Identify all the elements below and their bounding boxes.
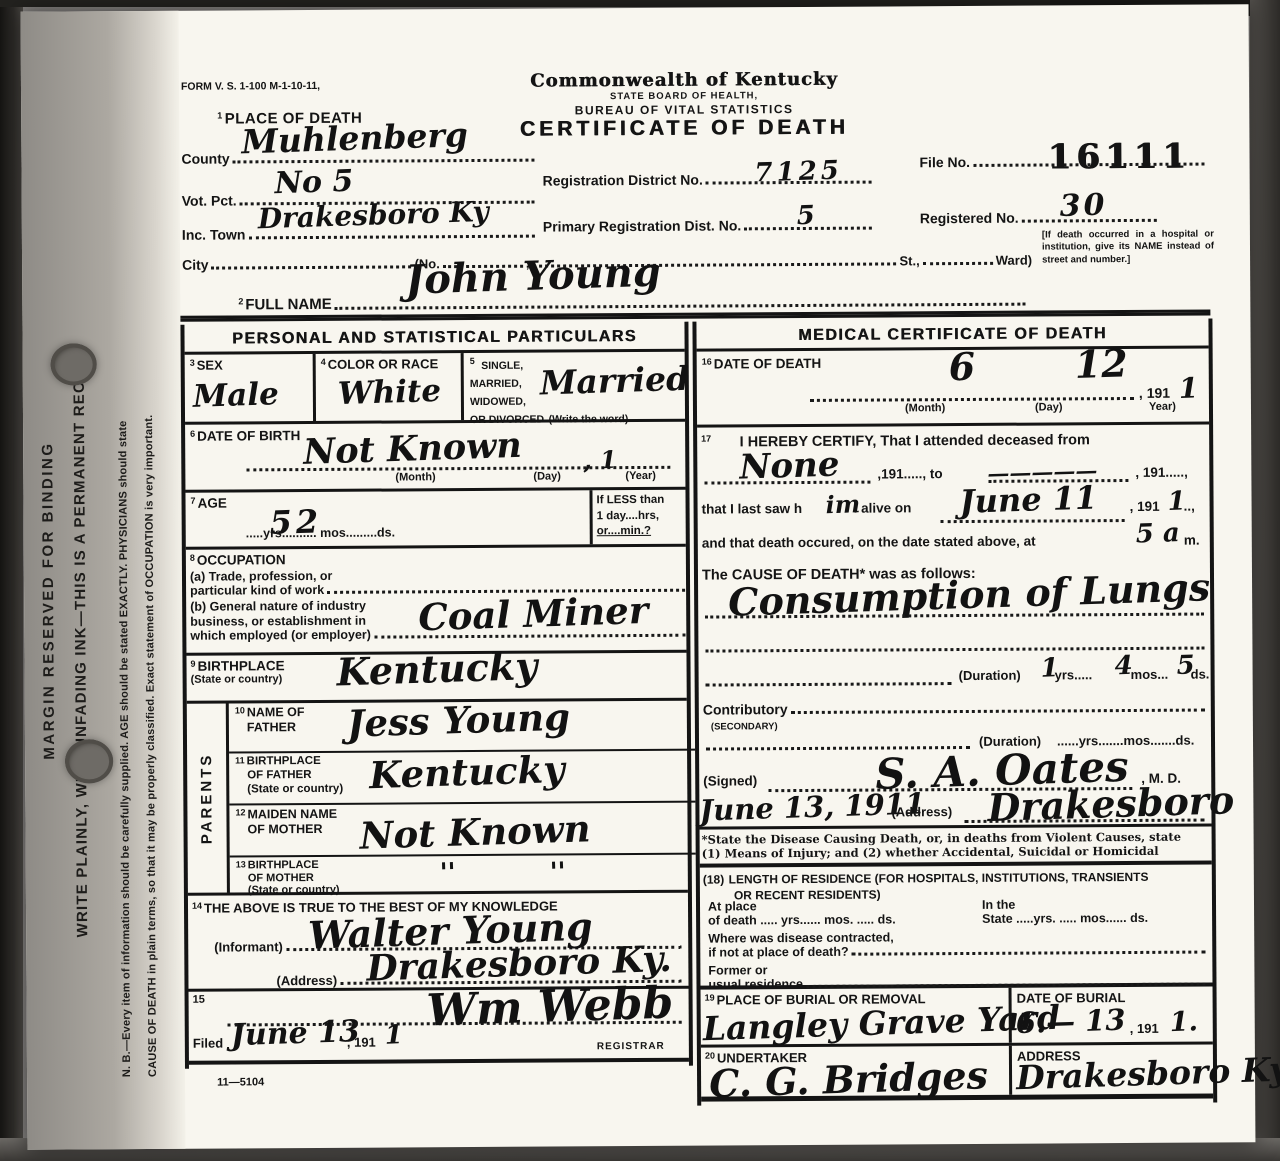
age-less-line3: or....min.? [597, 525, 651, 537]
primary-registration-field: Primary Registration Dist. No. [543, 217, 875, 235]
residence-label-line2: OR RECENT RESIDENTS) [700, 886, 1212, 903]
residence-at-place-line1: At place [708, 899, 757, 913]
filed-block: 15 Filed June 13 , 191 1 Wm Webb REGISTR… [189, 989, 689, 1065]
form-number: FORM V. S. 1-100 M-1-10-11, [181, 80, 320, 93]
certify-line2a: that I last saw h [702, 501, 803, 517]
certify-dots2: .., [1184, 499, 1195, 514]
birthplace-label: BIRTHPLACE [198, 658, 285, 674]
form-footer-code: 11—5104 [217, 1076, 264, 1088]
dotted-line [791, 707, 1205, 715]
street-label: St., [899, 253, 919, 268]
contributory-secondary-label: (SECONDARY) [711, 721, 778, 732]
signed-address-handwriting: Drakesboro [987, 781, 1235, 827]
county-value-handwriting: Muhlenberg [241, 118, 469, 158]
medical-certificate-column: MEDICAL CERTIFICATE OF DEATH 16DATE OF D… [692, 318, 1217, 1105]
dob-month-sublabel: (Month) [395, 471, 435, 483]
occupation-value-handwriting: Coal Miner [418, 592, 649, 636]
father-bp-label-line2: OF FATHER [235, 769, 311, 781]
father-name-row: 10NAME OFFATHER Jess Young [229, 701, 695, 754]
dotted-line [941, 517, 1125, 523]
informant-item-number: 14 [192, 901, 202, 911]
dod-dotted-line [807, 395, 1137, 405]
full-name-value-handwriting: John Young [405, 253, 662, 301]
age-row: 7AGE 52 .....yrs.......... mos.........d… [185, 490, 685, 550]
undertaker-item-number: 20 [705, 1051, 715, 1061]
occupation-a-line2: particular kind of work [190, 583, 324, 598]
burial-year-printed: , 191 [1130, 1021, 1159, 1036]
marital-label-line3: WIDOWED, [470, 396, 526, 408]
dob-day-sublabel: (Day) [533, 470, 561, 482]
burial-place-handwriting: Langley Grave Yard [702, 1001, 1060, 1046]
sex-item-number: 3 [190, 358, 195, 368]
county-label: County [181, 150, 229, 166]
dob-label: DATE OF BIRTH [197, 428, 300, 444]
occupation-b-line3: which employed (or employer) [190, 628, 371, 643]
occupation-row: 8OCCUPATION (a) Trade, profession, or pa… [186, 547, 687, 656]
last-seen-date-handwriting: June 11 [959, 481, 1098, 517]
father-label-line2: FATHER [235, 720, 296, 734]
dod-day-handwriting: 12 [1074, 344, 1128, 384]
medical-certificate-title: MEDICAL CERTIFICATE OF DEATH [696, 319, 1208, 346]
cause-footnote-block: *State the Disease Causing Death, or, in… [700, 827, 1212, 868]
certify-line2b: . alive on [854, 500, 912, 515]
registration-district-label: Registration District No. [543, 172, 703, 189]
burial-row: 19PLACE OF BURIAL OR REMOVAL Langley Gra… [701, 986, 1213, 1047]
date-of-death-row: 16DATE OF DEATH 6 12 , 191 1 (Month) (Da… [697, 349, 1209, 428]
father-birthplace-handwriting: Kentucky [369, 751, 566, 794]
dotted-line [923, 260, 993, 265]
certify-block: 17 I HEREBY CERTIFY, That I attended dec… [697, 425, 1210, 564]
birthplace-row: 9BIRTHPLACE (State or country) Kentucky [186, 653, 686, 704]
attended-from-handwriting: None [739, 447, 840, 484]
certify-191a: ,191....., to [877, 466, 942, 481]
margin-nb-note-line2: CAUSE OF DEATH in plain terms, so that i… [143, 415, 159, 1077]
mother-item-number: 12 [235, 807, 245, 817]
dod-item-number: 16 [702, 357, 712, 367]
dod-label: DATE OF DEATH [714, 356, 822, 372]
residence-at-place-line2: of death ..... yrs...... mos. ..... ds. [708, 912, 896, 927]
primary-registration-value-handwriting: 5 [796, 203, 815, 230]
contributory-label: Contributory [703, 701, 788, 718]
informant-address-label: (Address) [276, 973, 337, 988]
burial-item-number: 19 [705, 993, 715, 1003]
certify-191c: , 191 [1130, 499, 1160, 514]
margin-write-plainly-note: WRITE PLAINLY, WITH UNFADING INK—THIS IS… [71, 344, 92, 937]
registered-number-label: Registered No. [920, 210, 1019, 227]
age-label: AGE [198, 496, 227, 511]
undertaker-address-cell: ADDRESS Drakesboro Ky [1009, 1044, 1221, 1094]
file-number-value: 16111 [1047, 137, 1191, 178]
residence-where-line2: if not at place of death? [708, 945, 848, 960]
dotted-line [810, 395, 1134, 402]
length-of-residence-block: (18) LENGTH OF RESIDENCE (FOR HOSPITALS,… [700, 865, 1213, 990]
file-number-label: File No. [919, 154, 970, 170]
age-less-line2: 1 day....hrs, [597, 509, 660, 521]
certify-m-label: m. [1184, 533, 1200, 548]
personal-particulars-column: PERSONAL AND STATISTICAL PARTICULARS 3SE… [180, 322, 693, 1069]
father-item-number: 10 [235, 705, 245, 715]
dob-value-handwriting: Not Known [303, 428, 523, 470]
personal-particulars-title: PERSONAL AND STATISTICAL PARTICULARS [184, 322, 684, 349]
marital-item-number: 5 [470, 356, 475, 366]
registered-number-value-handwriting: 30 [1059, 191, 1108, 223]
punch-hole-bottom [65, 739, 113, 783]
voting-precinct-value-handwriting: No 5 [274, 167, 354, 200]
certify-line3: and that death occured, on the date stat… [702, 534, 1036, 551]
signed-label: (Signed) [703, 773, 757, 788]
marital-label-line2: MARRIED, [470, 378, 522, 390]
duration-years-label: yrs..... [1055, 667, 1093, 682]
hospital-instruction-note: [If death occurred in a hospital or inst… [1042, 228, 1214, 266]
certificate-paper: MARGIN RESERVED FOR BINDING WRITE PLAINL… [21, 4, 1256, 1149]
signed-date-address-row: June 13, 1911 (Address) Drakesboro [699, 795, 1211, 830]
mother-bp-ditto1-handwriting: '' [439, 860, 456, 887]
father-bp-label-line1: BIRTHPLACE [247, 755, 321, 767]
inc-town-label: Inc. Town [182, 226, 246, 242]
certify-item-number: 17 [701, 434, 711, 444]
cause-line3 [703, 680, 955, 690]
parents-vertical-label: PARENTS [187, 704, 230, 893]
mother-bp-label-line1: BIRTHPLACE [248, 859, 319, 871]
sex-race-marital-row: 3SEX Male 4COLOR OR RACE White 5 SINGLE,… [185, 352, 685, 425]
certificate-title: CERTIFICATE OF DEATH [469, 115, 899, 142]
mother-label-line2: OF MOTHER [235, 822, 322, 837]
father-birthplace-row: 11BIRTHPLACEOF FATHER(State or country) … [229, 751, 695, 806]
dob-year-sublabel: (Year) [625, 470, 656, 482]
masthead: Commonwealth of Kentucky STATE BOARD OF … [469, 68, 899, 142]
dod-month-handwriting: 6 [948, 348, 976, 387]
race-cell: 4COLOR OR RACE White [313, 353, 461, 421]
personal-particulars-header: PERSONAL AND STATISTICAL PARTICULARS [184, 322, 684, 355]
sex-label: SEX [197, 358, 223, 373]
age-less-than-day-cell: If LESS than 1 day....hrs, or....min.? [589, 490, 693, 545]
residence-label-line1: LENGTH OF RESIDENCE (FOR HOSPITALS, INST… [729, 870, 1149, 887]
footnote-line2: (1) Means of Injury; and (2) whether Acc… [700, 844, 1212, 861]
parents-fields: 10NAME OFFATHER Jess Young 11BIRTHPLACEO… [229, 701, 696, 893]
father-label-line1: NAME OF [247, 705, 305, 719]
mother-bp-label-line2: OF MOTHER [236, 872, 314, 884]
race-value-handwriting: White [337, 376, 441, 410]
dod-year-sublabel: Year) [1149, 401, 1176, 413]
full-name-item-number: 2 [238, 296, 243, 306]
mother-name-handwriting: Not Known [359, 810, 591, 854]
full-name-label: FULL NAME [245, 296, 331, 314]
residence-in-the-line1: In the [982, 898, 1015, 912]
residence-item-number: (18) [703, 872, 724, 886]
scanned-death-certificate: MARGIN RESERVED FOR BINDING WRITE PLAINL… [0, 0, 1280, 1161]
father-name-handwriting: Jess Young [346, 699, 570, 743]
parents-block: PARENTS 10NAME OFFATHER Jess Young 11BIR… [187, 701, 688, 896]
inc-town-value-handwriting: Drakesboro Ky [257, 198, 489, 233]
last-seen-line [938, 517, 1128, 526]
cause-of-death-block: The CAUSE OF DEATH* was as follows: Cons… [698, 561, 1211, 698]
burial-year-handwriting: 1. [1169, 1008, 1198, 1036]
margin-nb-note-line1: N. B.—Every item of information should b… [117, 420, 133, 1077]
informant-block: 14THE ABOVE IS TRUE TO THE BEST OF MY KN… [188, 893, 689, 992]
death-time-handwriting: 5 a [1135, 520, 1180, 547]
marital-status-cell: 5 SINGLE, MARRIED, WIDOWED, OR DIVORCED … [461, 352, 693, 420]
mother-bp-ditto2-handwriting: '' [549, 859, 566, 886]
dob-item-number: 6 [190, 429, 195, 439]
scan-edge-left [0, 0, 23, 1161]
birthplace-value-handwriting: Kentucky [336, 647, 538, 691]
date-of-birth-row: 6DATE OF BIRTH Not Known , 1 (Month) (Da… [185, 422, 685, 493]
burial-date-cell: DATE OF BURIAL 6.— 13 , 191 1. [1009, 986, 1221, 1042]
race-item-number: 4 [321, 357, 326, 367]
mother-birthplace-row: 13BIRTHPLACEOF MOTHER(State or country) … [230, 855, 696, 896]
father-bp-item-number: 11 [235, 755, 245, 765]
contributory-field: Contributory [703, 699, 1208, 718]
undertaker-address-handwriting: Drakesboro Ky [1016, 1052, 1280, 1094]
age-less-line1: If LESS than [596, 494, 664, 506]
marital-label-line1: SINGLE, [481, 360, 523, 372]
registered-number-field: Registered No. [920, 209, 1160, 226]
race-label: COLOR OR RACE [328, 356, 439, 372]
certificate-body: FORM V. S. 1-100 M-1-10-11, Commonwealth… [179, 5, 1216, 1157]
burial-place-cell: 19PLACE OF BURIAL OR REMOVAL Langley Gra… [701, 988, 1009, 1045]
mother-name-row: 12MAIDEN NAMEOF MOTHER Not Known [229, 803, 695, 858]
registration-district-value-handwriting: 7125 [754, 158, 843, 187]
father-bp-sublabel: (State or country) [235, 782, 343, 795]
dod-day-sublabel: (Day) [1035, 401, 1063, 413]
dotted-line [212, 263, 412, 269]
dotted-line [852, 949, 1206, 956]
ward-label: Ward) [996, 253, 1032, 268]
dod-month-sublabel: (Month) [905, 402, 945, 414]
cause-duration-label: (Duration) [959, 668, 1021, 683]
margin-reserved-note: MARGIN RESERVED FOR BINDING [39, 441, 58, 759]
registrar-signature-handwriting: Wm Webb [426, 982, 674, 1034]
undertaker-cell: 20UNDERTAKER C. G. Bridges [701, 1046, 1009, 1097]
filed-year-printed: , 191 [347, 1035, 376, 1050]
mother-label-line1: MAIDEN NAME [247, 807, 337, 822]
birthplace-item-number: 9 [190, 659, 195, 669]
residence-former-line1: Former or [708, 963, 767, 977]
commonwealth-title: Commonwealth of Kentucky [469, 68, 899, 92]
mother-bp-item-number: 13 [236, 859, 246, 869]
dob-day-handwriting: , 1 [583, 448, 617, 473]
place-of-death-item-number: 1 [217, 111, 223, 121]
binding-margin: MARGIN RESERVED FOR BINDING WRITE PLAINL… [21, 11, 186, 1150]
filed-label: Filed [193, 1036, 223, 1051]
dotted-line [706, 680, 952, 687]
dod-year-handwriting: 1 [1178, 374, 1198, 403]
registrar-label: REGISTRAR [597, 1041, 665, 1052]
certify-191b: , 191....., [1135, 465, 1188, 480]
residence-where-field: if not at place of death? [708, 943, 1208, 960]
duration-days-label: ds. [1191, 667, 1210, 682]
occupation-label: OCCUPATION [197, 552, 286, 568]
undertaker-row: 20UNDERTAKER C. G. Bridges ADDRESS Drake… [701, 1044, 1213, 1101]
age-item-number: 7 [190, 496, 195, 506]
primary-registration-label: Primary Registration Dist. No. [543, 217, 741, 234]
city-label: City [182, 257, 209, 273]
duration-months-label: mos... [1131, 667, 1169, 682]
age-units-label: .....yrs.......... mos.........ds. [246, 525, 395, 540]
sex-value-handwriting: Male [192, 379, 279, 413]
age-cell: 7AGE 52 .....yrs.......... mos.........d… [185, 490, 589, 546]
residence-where-line1: Where was disease contracted, [708, 930, 894, 945]
burial-date-handwriting: 6.— 13 [1015, 1006, 1126, 1039]
dod-year-printed: , 191 [1139, 385, 1170, 401]
cause-line1 [702, 611, 1207, 622]
occupation-item-number: 8 [190, 553, 195, 563]
undertaker-handwriting: C. G. Bridges [709, 1056, 989, 1103]
sex-cell: 3SEX Male [185, 354, 313, 422]
informant-label: (Informant) [214, 939, 283, 954]
signed-address-label: (Address) [891, 804, 952, 819]
marital-value-handwriting: Married [539, 362, 689, 400]
punch-hole-top [51, 343, 97, 385]
residence-in-the-line2: State .....yrs. ..... mos...... ds. [982, 911, 1148, 926]
voting-precinct-label: Vot. Pct. [182, 192, 237, 208]
parents-label-text: PARENTS [198, 752, 216, 844]
